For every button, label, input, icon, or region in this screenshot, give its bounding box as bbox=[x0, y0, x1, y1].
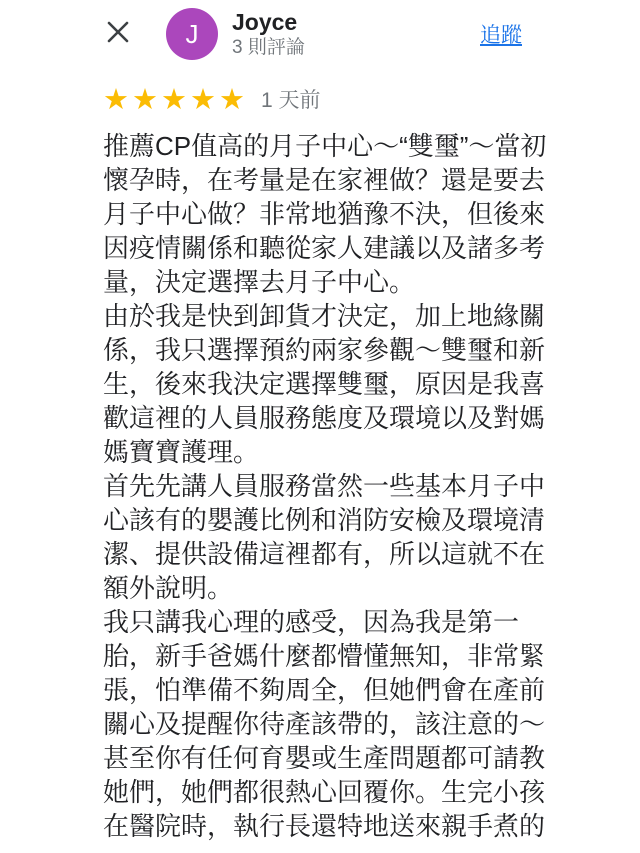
review-paragraph: 由於我是快到卸貨才決定，加上地緣關係，我只選擇預約兩家參觀～雙璽和新生，後來我決… bbox=[103, 299, 555, 469]
user-review-count: 3 則評論 bbox=[232, 38, 305, 59]
close-icon bbox=[105, 19, 131, 50]
review-paragraph: 首先先講人員服務當然一些基本月子中心該有的嬰護比例和消防安檢及環境清潔、提供設備… bbox=[103, 469, 555, 605]
review-paragraph: 我只講我心理的感受，因為我是第一胎，新手爸媽什麼都懵懂無知，非常緊張，怕準備不夠… bbox=[103, 605, 555, 843]
review-header: J Joyce 3 則評論 追蹤 bbox=[103, 6, 555, 62]
user-info[interactable]: Joyce 3 則評論 bbox=[232, 9, 305, 59]
avatar-letter: J bbox=[186, 19, 199, 50]
avatar[interactable]: J bbox=[166, 8, 218, 60]
close-button[interactable] bbox=[103, 19, 133, 49]
rating-row: ★★★★★ 1 天前 bbox=[103, 86, 555, 114]
review-timestamp: 1 天前 bbox=[261, 90, 321, 111]
follow-link[interactable]: 追蹤 bbox=[480, 19, 522, 49]
review-paragraph: 推薦CP值高的月子中心～“雙璽”～當初懷孕時，在考量是在家裡做？還是要去月子中心… bbox=[103, 129, 555, 299]
review-detail-page: J Joyce 3 則評論 追蹤 ★★★★★ 1 天前 推薦CP值高的月子中心～… bbox=[0, 0, 640, 853]
star-rating-icons: ★★★★★ bbox=[103, 86, 248, 115]
review-text: 推薦CP值高的月子中心～“雙璽”～當初懷孕時，在考量是在家裡做？還是要去月子中心… bbox=[103, 129, 555, 843]
user-name: Joyce bbox=[232, 9, 305, 35]
